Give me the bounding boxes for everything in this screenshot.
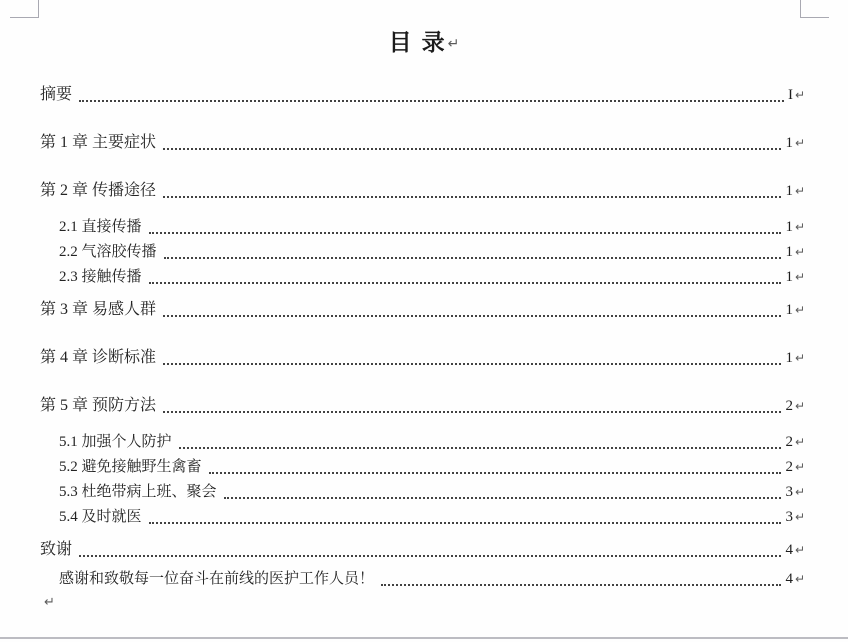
toc-entry-page-number: 2 — [785, 455, 793, 479]
toc-entry-label: 第 2 章 传播途径 — [40, 179, 156, 203]
paragraph-mark-icon: ↵ — [795, 240, 805, 264]
paragraph-mark-icon: ↵ — [795, 346, 805, 370]
toc-entry-label: 2.3 接触传播 — [59, 265, 142, 289]
toc-entry[interactable]: 第 2 章 传播途径1↵ — [40, 178, 805, 203]
paragraph-mark-icon: ↵ — [795, 505, 805, 529]
toc-entry-label: 第 5 章 预防方法 — [40, 394, 156, 418]
toc-entry[interactable]: 5.1 加强个人防护2↵ — [40, 429, 805, 454]
dot-leader — [79, 555, 781, 557]
toc-entry-page-number: 1 — [785, 346, 793, 370]
paragraph-mark-icon: ↵ — [44, 596, 848, 610]
page-title-text: 目录 — [389, 30, 455, 55]
text-boundary-corner-top-right-icon — [800, 0, 829, 18]
paragraph-mark-icon: ↵ — [795, 430, 805, 454]
toc-entry-label: 5.3 杜绝带病上班、聚会 — [59, 480, 217, 504]
paragraph-mark-icon: ↵ — [795, 455, 805, 479]
dot-leader — [163, 196, 781, 198]
paragraph-mark-icon: ↵ — [795, 215, 805, 239]
dot-leader — [163, 411, 781, 413]
paragraph-mark-icon: ↵ — [795, 131, 805, 155]
dot-leader — [149, 522, 782, 524]
toc-entry-label: 第 3 章 易感人群 — [40, 298, 156, 322]
toc-entry-page-number: 1 — [785, 240, 793, 264]
dot-leader — [163, 363, 781, 365]
text-boundary-bottom — [0, 637, 848, 639]
paragraph-mark-icon: ↵ — [795, 179, 805, 203]
toc-entry-label: 感谢和致敬每一位奋斗在前线的医护工作人员！ — [59, 567, 374, 591]
toc-entry-label: 2.2 气溶胶传播 — [59, 240, 157, 264]
toc-entry-page-number: 2 — [785, 394, 793, 418]
dot-leader — [163, 148, 781, 150]
dot-leader — [149, 282, 782, 284]
document-page: 目录↵ 摘要I↵第 1 章 主要症状1↵第 2 章 传播途径1↵2.1 直接传播… — [0, 0, 848, 642]
toc-entry-page-number: 4 — [785, 567, 793, 591]
toc-entry-page-number: 1 — [785, 215, 793, 239]
paragraph-mark-icon: ↵ — [795, 480, 805, 504]
toc-entry-page-number: 3 — [785, 480, 793, 504]
dot-leader — [224, 497, 782, 499]
toc-entry[interactable]: 第 4 章 诊断标准1↵ — [40, 345, 805, 370]
paragraph-mark-icon: ↵ — [795, 394, 805, 418]
paragraph-mark-icon: ↵ — [795, 83, 805, 107]
toc-entry[interactable]: 第 1 章 主要症状1↵ — [40, 130, 805, 155]
toc-entry-page-number: 3 — [785, 505, 793, 529]
dot-leader — [164, 257, 782, 259]
toc-entry-label: 第 1 章 主要症状 — [40, 131, 156, 155]
toc-entry[interactable]: 5.4 及时就医3↵ — [40, 504, 805, 529]
toc-entry-page-number: 1 — [785, 131, 793, 155]
text-boundary-corner-top-left-icon — [10, 0, 39, 18]
paragraph-mark-icon: ↵ — [448, 36, 460, 52]
paragraph-mark-icon: ↵ — [795, 567, 805, 591]
toc-entry-label: 摘要 — [40, 83, 72, 107]
toc-entry[interactable]: 第 5 章 预防方法2↵ — [40, 393, 805, 418]
dot-leader — [179, 447, 782, 449]
toc-entry[interactable]: 5.2 避免接触野生禽畜2↵ — [40, 454, 805, 479]
toc-entry[interactable]: 2.3 接触传播1↵ — [40, 264, 805, 289]
toc-entry-page-number: 1 — [785, 265, 793, 289]
toc-entry[interactable]: 2.1 直接传播1↵ — [40, 214, 805, 239]
dot-leader — [209, 472, 782, 474]
toc-entry-page-number: 4 — [785, 538, 793, 562]
toc-entry-page-number: 1 — [785, 298, 793, 322]
toc-entry-label: 第 4 章 诊断标准 — [40, 346, 156, 370]
dot-leader — [163, 315, 781, 317]
toc-entry-page-number: 1 — [785, 179, 793, 203]
toc-entry[interactable]: 2.2 气溶胶传播1↵ — [40, 239, 805, 264]
toc-entry-label: 5.4 及时就医 — [59, 505, 142, 529]
toc-entry-label: 致谢 — [40, 538, 72, 562]
toc-entry-label: 2.1 直接传播 — [59, 215, 142, 239]
toc-entry[interactable]: 第 3 章 易感人群1↵ — [40, 297, 805, 322]
toc-entry[interactable]: 5.3 杜绝带病上班、聚会3↵ — [40, 479, 805, 504]
page-title: 目录↵ — [0, 0, 848, 59]
toc-entry-page-number: 2 — [785, 430, 793, 454]
dot-leader — [149, 232, 782, 234]
paragraph-mark-icon: ↵ — [795, 298, 805, 322]
paragraph-mark-icon: ↵ — [795, 538, 805, 562]
toc-entry[interactable]: 感谢和致敬每一位奋斗在前线的医护工作人员！4↵ — [40, 566, 805, 591]
paragraph-mark-icon: ↵ — [795, 265, 805, 289]
toc-list: 摘要I↵第 1 章 主要症状1↵第 2 章 传播途径1↵2.1 直接传播1↵2.… — [0, 82, 848, 591]
toc-entry-label: 5.1 加强个人防护 — [59, 430, 172, 454]
toc-entry[interactable]: 致谢4↵ — [40, 537, 805, 562]
dot-leader — [79, 100, 784, 102]
toc-entry[interactable]: 摘要I↵ — [40, 82, 805, 107]
toc-entry-page-number: I — [788, 83, 793, 107]
dot-leader — [381, 584, 781, 586]
toc-entry-label: 5.2 避免接触野生禽畜 — [59, 455, 202, 479]
